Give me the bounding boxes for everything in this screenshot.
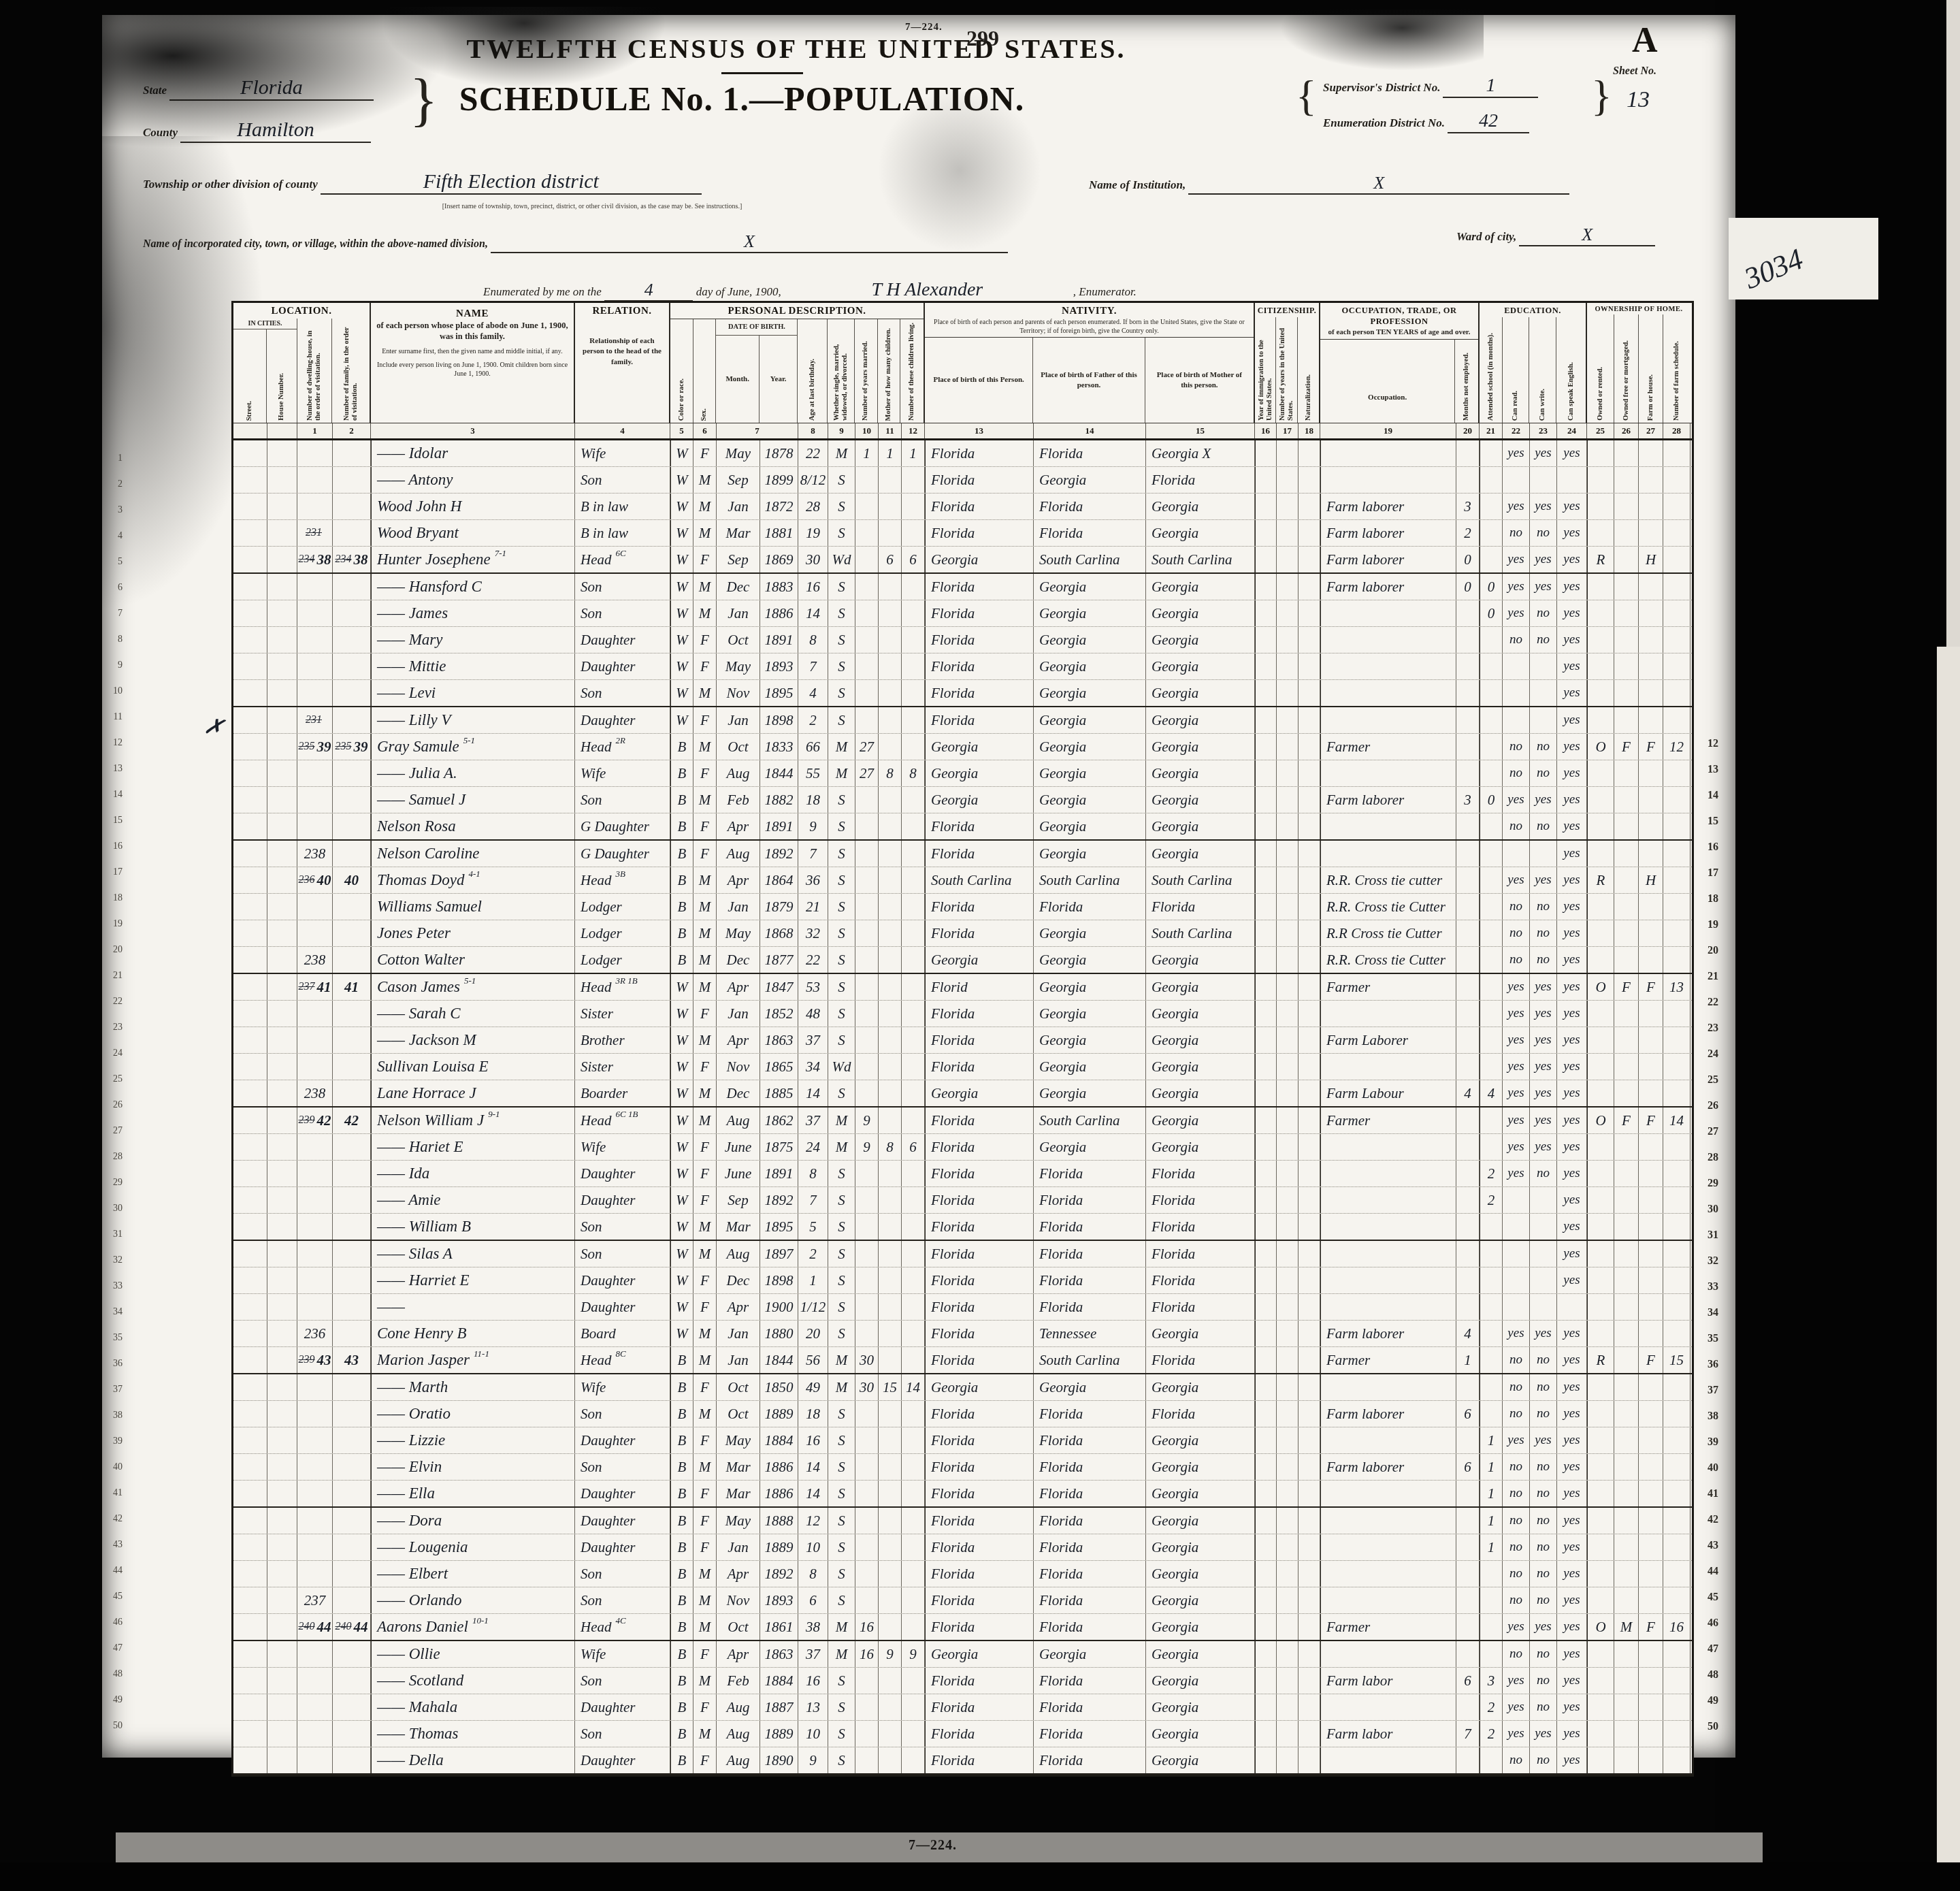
person-name: —— Hansford C [371, 574, 575, 600]
color: W [670, 653, 693, 679]
years-in-us [1277, 1294, 1298, 1320]
farm-schedule-number [1663, 680, 1690, 706]
years-in-us [1277, 841, 1298, 867]
sex: F [693, 440, 717, 466]
can-write: no [1530, 1481, 1557, 1506]
attended-school [1480, 1214, 1503, 1240]
farm-or-house [1639, 1134, 1663, 1160]
mother-birthplace: Georgia [1146, 760, 1255, 786]
color: B [670, 760, 693, 786]
col-street: Street. [246, 399, 254, 423]
street [233, 1267, 267, 1293]
census-row: —— EllaDaughterBFMar188614SFloridaFlorid… [233, 1481, 1692, 1508]
family-number: 43 [333, 1347, 371, 1373]
dwelling-number [297, 1187, 333, 1213]
census-row: —— IdaDaughterWFJune18918SFloridaFlorida… [233, 1161, 1692, 1187]
marital-status: S [828, 1187, 855, 1213]
naturalization [1298, 1561, 1320, 1587]
family-number [333, 627, 371, 653]
mother-of-children [879, 1321, 902, 1346]
mother-of-children [879, 1694, 902, 1720]
can-write: no [1530, 1694, 1557, 1720]
years-married [855, 1241, 879, 1267]
marital-status: S [828, 1427, 855, 1453]
birthplace: Georgia [925, 1374, 1034, 1400]
can-read: yes [1503, 1668, 1530, 1694]
farm-or-house [1639, 1534, 1663, 1560]
dwelling-number [297, 1134, 333, 1160]
years-married [855, 1508, 879, 1534]
line-number: 21 [1693, 971, 1733, 997]
line-number: 44 [103, 1566, 127, 1591]
family-number: 23438 [333, 547, 371, 572]
street [233, 1427, 267, 1453]
children-living [902, 1321, 925, 1346]
birth-month: Dec [717, 1267, 760, 1293]
can-speak-english: yes [1557, 1080, 1587, 1106]
attended-school: 4 [1480, 1080, 1503, 1106]
occupation: Farm laborer [1320, 574, 1456, 600]
farm-schedule-number [1663, 787, 1690, 813]
can-read: yes [1503, 867, 1530, 893]
children-living [902, 707, 925, 733]
can-speak-english: yes [1557, 760, 1587, 786]
occupation [1320, 1214, 1456, 1240]
house [267, 1641, 297, 1667]
header-location: LOCATION. IN CITIES. Street. House Numbe… [233, 303, 371, 423]
birth-year: 1898 [760, 1267, 798, 1293]
person-name: Aarons Daniel10-1 [371, 1614, 575, 1640]
farm-or-house [1639, 1401, 1663, 1427]
column-number: 12 [902, 423, 925, 438]
line-number: 48 [1693, 1669, 1733, 1695]
family-number: 40 [333, 867, 371, 893]
can-read [1503, 680, 1530, 706]
mother-birthplace: Georgia [1146, 627, 1255, 653]
line-number: 9 [103, 660, 127, 686]
mother-of-children [879, 894, 902, 920]
street [233, 813, 267, 839]
home-free-mortgaged [1614, 1214, 1639, 1240]
house [267, 1187, 297, 1213]
relation: B in law [575, 520, 670, 546]
col-children-living: Number of these children living. [908, 321, 916, 423]
naturalization [1298, 1454, 1320, 1480]
farm-schedule-number [1663, 1587, 1690, 1613]
family-number [333, 920, 371, 946]
birth-month: May [717, 1508, 760, 1534]
father-birthplace: Georgia [1034, 600, 1146, 626]
mother-birthplace: Georgia [1146, 734, 1255, 760]
person-name: —— Thomas [371, 1721, 575, 1747]
mother-birthplace: South Carlina [1146, 547, 1255, 572]
home-free-mortgaged [1614, 1134, 1639, 1160]
can-write: yes [1530, 1080, 1557, 1106]
farm-or-house: F [1639, 1108, 1663, 1133]
children-living [902, 1614, 925, 1640]
naturalization [1298, 1587, 1320, 1613]
home-owned-rented [1587, 467, 1614, 493]
census-row: —— LougeniaDaughterBFJan188910SFloridaFl… [233, 1534, 1692, 1561]
line-number: 31 [103, 1229, 127, 1255]
can-speak-english: yes [1557, 1427, 1587, 1453]
family-number [333, 1241, 371, 1267]
years-married [855, 867, 879, 893]
can-read: yes [1503, 1321, 1530, 1346]
children-living: 14 [902, 1374, 925, 1400]
mother-of-children: 9 [879, 1641, 902, 1667]
sex: M [693, 1347, 717, 1373]
can-read: no [1503, 1481, 1530, 1506]
birth-year: 1833 [760, 734, 798, 760]
years-in-us [1277, 1401, 1298, 1427]
birth-year: 1852 [760, 1001, 798, 1027]
mother-birthplace: Georgia [1146, 813, 1255, 839]
birth-year: 1895 [760, 1214, 798, 1240]
attended-school: 2 [1480, 1721, 1503, 1747]
occupation: Farm laborer [1320, 1321, 1456, 1346]
can-write: no [1530, 1561, 1557, 1587]
occupation: R.R. Cross tie cutter [1320, 867, 1456, 893]
occupation [1320, 627, 1456, 653]
can-read: no [1503, 1747, 1530, 1773]
family-number [333, 1694, 371, 1720]
birth-year: 1862 [760, 1108, 798, 1133]
months-not-employed [1456, 1027, 1480, 1053]
attended-school [1480, 947, 1503, 973]
color: B [670, 867, 693, 893]
immigration-year [1255, 440, 1277, 466]
person-name: Lane Horrace J [371, 1080, 575, 1106]
birthplace: Florida [925, 1161, 1034, 1186]
home-owned-rented [1587, 494, 1614, 519]
line-number: 23 [103, 1022, 127, 1048]
color: B [670, 1401, 693, 1427]
street [233, 1080, 267, 1106]
enumeration-line: Enumerated by me on the 4 day of June, 1… [483, 279, 1137, 302]
col-farm-or-house: Farm or house. [1647, 372, 1655, 423]
birth-year: 1884 [760, 1427, 798, 1453]
naturalization [1298, 734, 1320, 760]
birth-month: Aug [717, 1747, 760, 1773]
line-number: 23 [1693, 1022, 1733, 1048]
birth-month: Oct [717, 1401, 760, 1427]
months-not-employed [1456, 1561, 1480, 1587]
census-row: —— Hariet EWifeWFJune187524M986FloridaGe… [233, 1134, 1692, 1161]
relation: Daughter [575, 1267, 670, 1293]
line-number: 39 [1693, 1436, 1733, 1462]
person-name: Wood John H [371, 494, 575, 519]
dwelling-number [297, 1561, 333, 1587]
father-birthplace: Florida [1034, 1747, 1146, 1773]
father-birthplace: Georgia [1034, 947, 1146, 973]
color: W [670, 440, 693, 466]
color: W [670, 1027, 693, 1053]
children-living: 6 [902, 1134, 925, 1160]
years-in-us [1277, 1587, 1298, 1613]
immigration-year [1255, 867, 1277, 893]
home-free-mortgaged [1614, 1508, 1639, 1534]
age: 5 [798, 1214, 828, 1240]
column-number: 18 [1298, 423, 1320, 438]
marital-status: M [828, 440, 855, 466]
years-married [855, 1454, 879, 1480]
birthplace: Florida [925, 1027, 1034, 1053]
enumeration-value: 42 [1448, 110, 1529, 133]
census-row: —— MarthWifeBFOct185049M301514GeorgiaGeo… [233, 1374, 1692, 1401]
street [233, 841, 267, 867]
attended-school [1480, 440, 1503, 466]
years-married [855, 813, 879, 839]
line-number: 41 [103, 1488, 127, 1514]
naturalization [1298, 680, 1320, 706]
mother-birthplace: Georgia [1146, 787, 1255, 813]
father-birthplace: Georgia [1034, 1027, 1146, 1053]
line-number: 14 [1693, 790, 1733, 815]
months-not-employed: 2 [1456, 520, 1480, 546]
supervisor-label: Supervisor's District No. [1323, 81, 1440, 94]
marital-status: S [828, 520, 855, 546]
house [267, 1294, 297, 1320]
father-birthplace: Florida [1034, 1454, 1146, 1480]
home-owned-rented [1587, 1668, 1614, 1694]
dwelling-number [297, 920, 333, 946]
person-name: —— Jackson M [371, 1027, 575, 1053]
attended-school [1480, 1747, 1503, 1773]
marital-status: S [828, 707, 855, 733]
home-free-mortgaged [1614, 1534, 1639, 1560]
age: 16 [798, 1668, 828, 1694]
years-married [855, 1294, 879, 1320]
relation: G Daughter [575, 841, 670, 867]
street [233, 1161, 267, 1186]
dwelling-number [297, 1721, 333, 1747]
naturalization [1298, 653, 1320, 679]
house [267, 974, 297, 1000]
relation: Daughter [575, 1481, 670, 1506]
occupation: Farm laborer [1320, 787, 1456, 813]
family-number [333, 680, 371, 706]
line-number: 24 [1693, 1048, 1733, 1074]
father-birthplace: Florida [1034, 1161, 1146, 1186]
immigration-year [1255, 600, 1277, 626]
line-number [1693, 453, 1733, 479]
birth-month: Jan [717, 600, 760, 626]
children-living [902, 627, 925, 653]
color: B [670, 1374, 693, 1400]
family-number [333, 1080, 371, 1106]
birth-month: Nov [717, 680, 760, 706]
months-not-employed: 6 [1456, 1668, 1480, 1694]
relation: B in law [575, 494, 670, 519]
census-row: 2364040Thomas Doyd4-1Head3BBMApr186436SS… [233, 867, 1692, 894]
person-name: —— Ida [371, 1161, 575, 1186]
can-speak-english: yes [1557, 1668, 1587, 1694]
occupation [1320, 1187, 1456, 1213]
can-write: no [1530, 813, 1557, 839]
color: B [670, 1427, 693, 1453]
census-row: —— ThomasSonBMAug188910SFloridaFloridaGe… [233, 1721, 1692, 1747]
attended-school: 3 [1480, 1668, 1503, 1694]
home-free-mortgaged [1614, 1161, 1639, 1186]
age: 48 [798, 1001, 828, 1027]
children-living [902, 467, 925, 493]
family-number [333, 1054, 371, 1080]
line-number: 7 [103, 609, 127, 634]
column-number: 23 [1530, 423, 1557, 438]
birthplace: Florida [925, 600, 1034, 626]
years-married [855, 1267, 879, 1293]
age: 53 [798, 974, 828, 1000]
footer-form-number: 7—224. [909, 1838, 957, 1854]
occupation [1320, 1001, 1456, 1027]
relation: Daughter [575, 1161, 670, 1186]
can-read [1503, 1267, 1530, 1293]
sex: M [693, 1668, 717, 1694]
father-birthplace: Florida [1034, 1401, 1146, 1427]
years-married [855, 1747, 879, 1773]
years-in-us [1277, 547, 1298, 572]
house [267, 787, 297, 813]
years-married [855, 627, 879, 653]
column-number: 4 [575, 423, 670, 438]
street [233, 1694, 267, 1720]
person-name: —— Julia A. [371, 760, 575, 786]
house [267, 867, 297, 893]
naturalization [1298, 1267, 1320, 1293]
relation: Son [575, 574, 670, 600]
age: 22 [798, 947, 828, 973]
dwelling-number: 231 [297, 520, 333, 546]
mother-of-children [879, 947, 902, 973]
col-sex: Sex. [700, 406, 708, 423]
home-free-mortgaged [1614, 760, 1639, 786]
birth-year: 1889 [760, 1401, 798, 1427]
birth-year: 1844 [760, 760, 798, 786]
farm-schedule-number: 12 [1663, 734, 1690, 760]
attended-school: 2 [1480, 1187, 1503, 1213]
mother-birthplace: Georgia [1146, 1080, 1255, 1106]
years-in-us [1277, 1321, 1298, 1346]
farm-or-house [1639, 894, 1663, 920]
years-married [855, 1721, 879, 1747]
mother-birthplace: Georgia [1146, 1001, 1255, 1027]
person-name: —— Dora [371, 1508, 575, 1534]
months-not-employed [1456, 600, 1480, 626]
months-not-employed [1456, 1427, 1480, 1453]
farm-schedule-number [1663, 1187, 1690, 1213]
immigration-year [1255, 1668, 1277, 1694]
family-number [333, 653, 371, 679]
census-row: Williams SamuelLodgerBMJan187921SFlorida… [233, 894, 1692, 920]
color: W [670, 1241, 693, 1267]
marital-status: S [828, 680, 855, 706]
line-number: 42 [103, 1514, 127, 1540]
naturalization [1298, 467, 1320, 493]
occupation [1320, 653, 1456, 679]
house [267, 1427, 297, 1453]
family-number [333, 494, 371, 519]
relation: Head8C [575, 1347, 670, 1373]
marital-status: S [828, 574, 855, 600]
can-read: no [1503, 947, 1530, 973]
birthplace: Georgia [925, 787, 1034, 813]
naturalization [1298, 1347, 1320, 1373]
farm-schedule-number [1663, 1214, 1690, 1240]
color: B [670, 1347, 693, 1373]
mother-of-children: 8 [879, 760, 902, 786]
children-living [902, 1427, 925, 1453]
father-birthplace: Florida [1034, 1241, 1146, 1267]
mother-birthplace: Georgia [1146, 1027, 1255, 1053]
birth-year: 1886 [760, 1481, 798, 1506]
line-number [1693, 479, 1733, 505]
months-not-employed: 6 [1456, 1401, 1480, 1427]
col-occupation: Occupation. [1320, 340, 1455, 423]
mother-birthplace: Georgia [1146, 1721, 1255, 1747]
age: 55 [798, 760, 828, 786]
can-speak-english: yes [1557, 574, 1587, 600]
mother-birthplace: Georgia [1146, 1668, 1255, 1694]
father-birthplace: Georgia [1034, 1374, 1146, 1400]
relation: Son [575, 1241, 670, 1267]
months-not-employed [1456, 1641, 1480, 1667]
street [233, 867, 267, 893]
street [233, 520, 267, 546]
farm-or-house [1639, 467, 1663, 493]
children-living [902, 734, 925, 760]
naturalization [1298, 1187, 1320, 1213]
house [267, 1454, 297, 1480]
mother-birthplace: Florida [1146, 1294, 1255, 1320]
can-read: yes [1503, 574, 1530, 600]
birth-year: 1864 [760, 867, 798, 893]
state-value: Florida [169, 76, 374, 101]
line-number: 20 [1693, 945, 1733, 971]
relation: G Daughter [575, 813, 670, 839]
birth-year: 1877 [760, 947, 798, 973]
relation: Head6C [575, 547, 670, 572]
mother-birthplace: Georgia [1146, 1694, 1255, 1720]
relation: Son [575, 787, 670, 813]
age: 10 [798, 1534, 828, 1560]
can-read [1503, 841, 1530, 867]
mother-of-children [879, 1454, 902, 1480]
can-write: no [1530, 894, 1557, 920]
line-number: 13 [1693, 764, 1733, 790]
street [233, 787, 267, 813]
home-owned-rented [1587, 680, 1614, 706]
dwelling-number: 237 [297, 1587, 333, 1613]
house [267, 1161, 297, 1186]
dwelling-number [297, 1668, 333, 1694]
home-free-mortgaged [1614, 947, 1639, 973]
mother-of-children [879, 1214, 902, 1240]
line-number: 27 [103, 1126, 127, 1152]
farm-or-house [1639, 1241, 1663, 1267]
house [267, 707, 297, 733]
col-can-speak-english: Can speak English. [1567, 360, 1575, 423]
col-can-write: Can write. [1539, 387, 1547, 423]
years-in-us [1277, 1001, 1298, 1027]
age: 1 [798, 1267, 828, 1293]
home-owned-rented [1587, 920, 1614, 946]
family-number [333, 894, 371, 920]
home-owned-rented [1587, 1454, 1614, 1480]
birth-year: 1875 [760, 1134, 798, 1160]
farm-or-house [1639, 1694, 1663, 1720]
children-living [902, 1508, 925, 1534]
